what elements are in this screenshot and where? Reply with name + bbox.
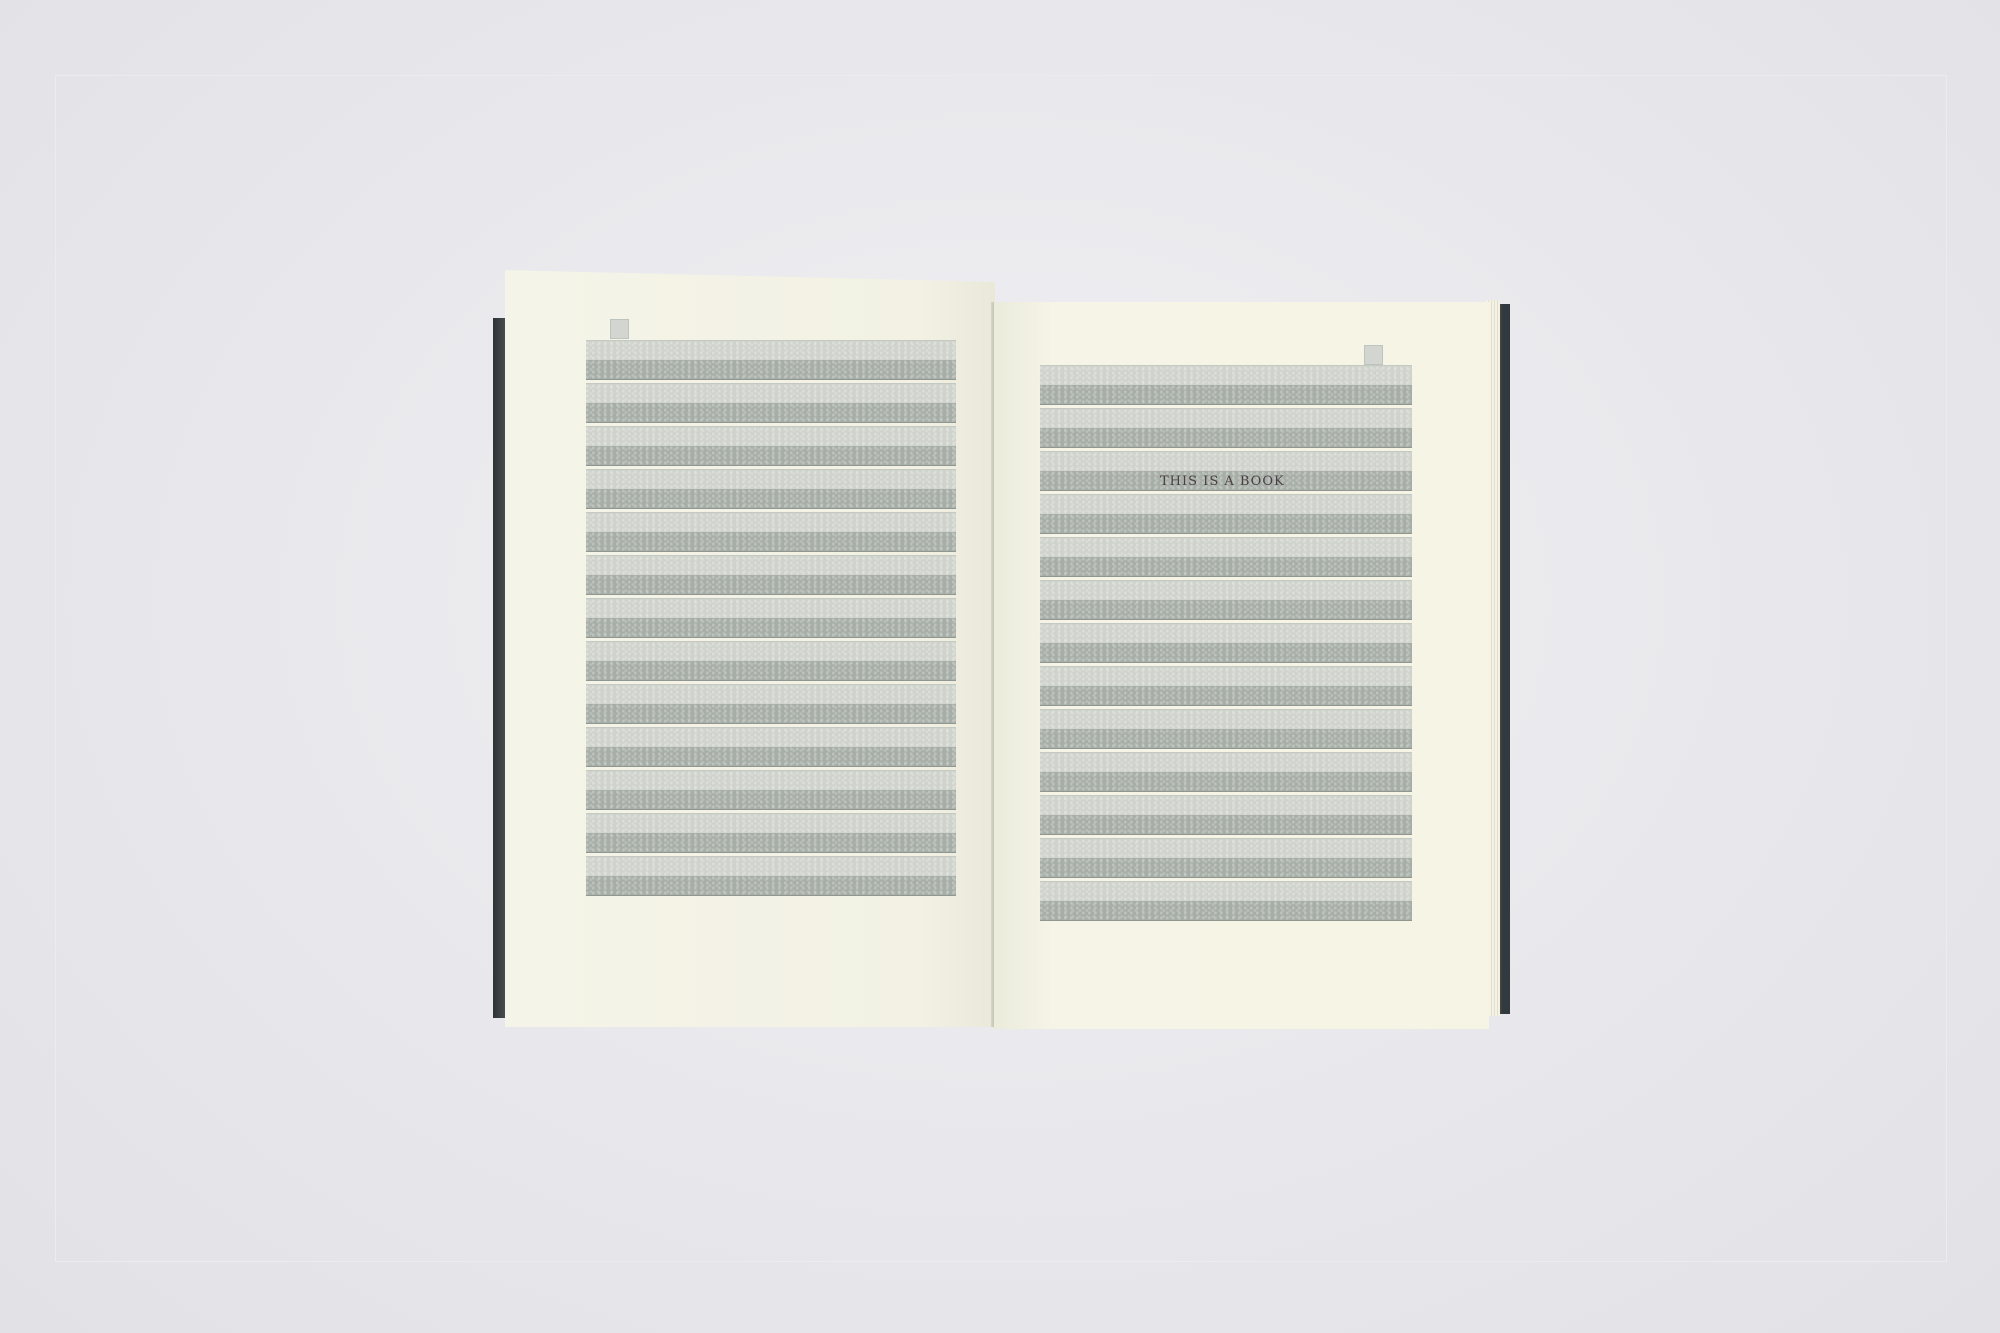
band-pair (586, 856, 956, 896)
light-band (1040, 623, 1412, 643)
band-pair (1040, 666, 1412, 706)
dark-band (1040, 428, 1412, 448)
band-pair (1040, 838, 1412, 878)
dark-band (586, 489, 956, 509)
band-pair (586, 770, 956, 810)
dark-band (1040, 514, 1412, 534)
light-band (586, 727, 956, 747)
band-pair (1040, 795, 1412, 835)
dark-band (586, 618, 956, 638)
band-pair (586, 641, 956, 681)
band-pair (586, 727, 956, 767)
light-band (586, 856, 956, 876)
band-pair (586, 684, 956, 724)
band-pair (1040, 881, 1412, 921)
light-band (586, 598, 956, 618)
dark-band (1040, 385, 1412, 405)
band-pair (1040, 623, 1412, 663)
band-pair (586, 469, 956, 509)
dark-band (1040, 600, 1412, 620)
band-pair (1040, 752, 1412, 792)
dark-band (586, 661, 956, 681)
book-cover-left-edge (493, 318, 507, 1018)
printed-title: THIS IS A BOOK (1160, 474, 1290, 489)
band-pair (1040, 494, 1412, 534)
dark-band (586, 833, 956, 853)
dark-band (586, 876, 956, 896)
dark-band (1040, 557, 1412, 577)
band-pair (1040, 580, 1412, 620)
light-band (1040, 580, 1412, 600)
light-band (1040, 451, 1412, 471)
light-band (1040, 795, 1412, 815)
dark-band (1040, 686, 1412, 706)
band-pair (586, 813, 956, 853)
light-band (1040, 666, 1412, 686)
right-page-tab-marker (1364, 345, 1383, 365)
dark-band (1040, 901, 1412, 921)
light-band (586, 641, 956, 661)
left-page-tab-marker (610, 319, 629, 339)
light-band (586, 555, 956, 575)
open-book: THIS IS A BOOK (0, 0, 2000, 1333)
light-band (1040, 838, 1412, 858)
band-pair (586, 512, 956, 552)
light-band (1040, 881, 1412, 901)
light-band (586, 469, 956, 489)
light-band (586, 813, 956, 833)
light-band (1040, 537, 1412, 557)
left-page-band-block (586, 340, 956, 899)
light-band (1040, 494, 1412, 514)
light-band (1040, 752, 1412, 772)
light-band (1040, 408, 1412, 428)
dark-band (586, 790, 956, 810)
band-pair (586, 340, 956, 380)
dark-band (586, 403, 956, 423)
band-pair (586, 598, 956, 638)
light-band (586, 684, 956, 704)
light-band (586, 770, 956, 790)
light-band (586, 340, 956, 360)
dark-band (1040, 815, 1412, 835)
right-page-band-block (1040, 365, 1412, 924)
book-gutter (991, 302, 994, 1027)
dark-band (586, 360, 956, 380)
band-pair (586, 555, 956, 595)
band-pair (586, 426, 956, 466)
light-band (1040, 365, 1412, 385)
dark-band (586, 747, 956, 767)
light-band (1040, 709, 1412, 729)
dark-band (1040, 858, 1412, 878)
dark-band (1040, 643, 1412, 663)
dark-band (586, 532, 956, 552)
dark-band (1040, 772, 1412, 792)
light-band (586, 383, 956, 403)
band-pair (1040, 365, 1412, 405)
band-pair (1040, 537, 1412, 577)
light-band (586, 512, 956, 532)
band-pair (586, 383, 956, 423)
dark-band (586, 704, 956, 724)
band-pair (1040, 408, 1412, 448)
band-pair (1040, 709, 1412, 749)
dark-band (586, 446, 956, 466)
light-band (586, 426, 956, 446)
dark-band (1040, 729, 1412, 749)
dark-band (586, 575, 956, 595)
